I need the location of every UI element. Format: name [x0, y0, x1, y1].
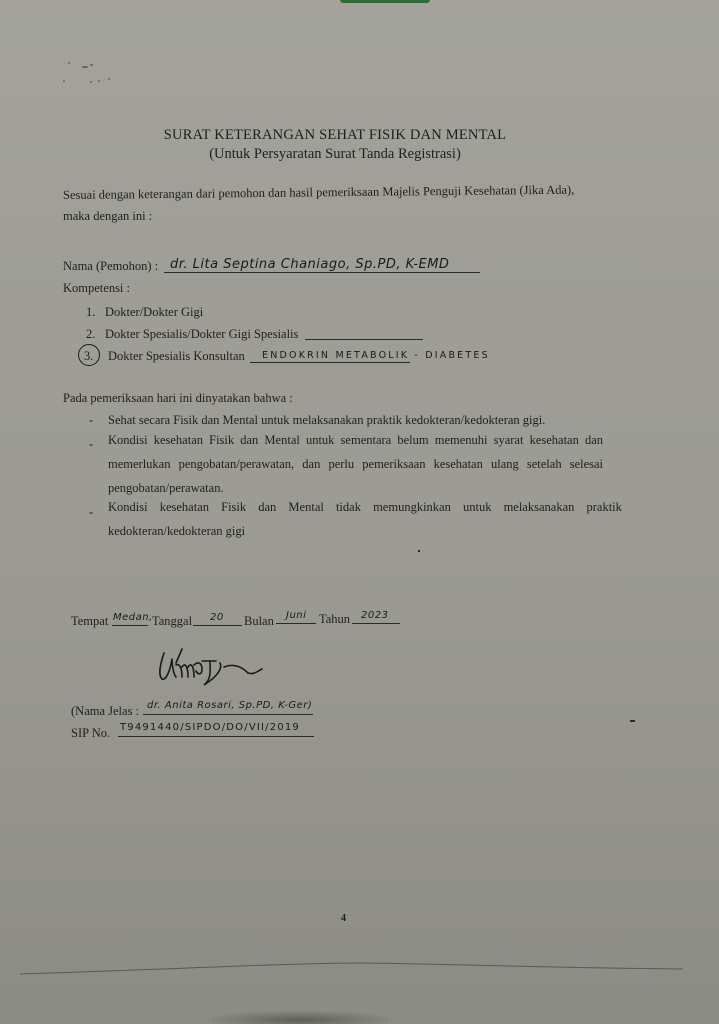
signer-name[interactable]: dr. Anita Rosari, Sp.PD, K-Ger) [147, 700, 312, 711]
sip-number[interactable]: T9491440/SIPDO/DO/VII/2019 [120, 722, 300, 733]
finding-3-line-1: Kondisi kesehatan Fisik dan Mental tidak… [108, 500, 622, 515]
paper-marks [60, 60, 140, 90]
competence-1-number: 1. [86, 305, 95, 320]
competence-3-underline [250, 362, 410, 363]
competence-label: Kompetensi : [63, 281, 130, 296]
place-label: Tempat [71, 614, 108, 629]
applicant-name[interactable]: dr. Lita Septina Chaniago, Sp.PD, K-EMD [170, 257, 449, 272]
sip-underline [118, 736, 314, 737]
place-value[interactable]: Medan, [113, 612, 153, 623]
competence-2-underline[interactable] [305, 339, 423, 340]
month-underline [276, 623, 316, 624]
year-underline [352, 623, 400, 624]
day-label: Tanggal [152, 614, 192, 629]
paper-speck [630, 720, 635, 722]
place-underline [112, 625, 148, 626]
month-value[interactable]: Juni [286, 610, 306, 621]
competence-2-label: Dokter Spesialis/Dokter Gigi Spesialis [105, 327, 298, 342]
document-title: SURAT KETERANGAN SEHAT FISIK DAN MENTAL [0, 127, 670, 144]
month-label: Bulan [244, 614, 274, 629]
competence-1-label: Dokter/Dokter Gigi [105, 305, 203, 320]
intro-line-2: maka dengan ini : [63, 209, 152, 224]
day-value[interactable]: 20 [210, 612, 224, 623]
paper-speck [418, 550, 420, 552]
findings-label: Pada pemeriksaan hari ini dinyatakan bah… [63, 391, 293, 406]
document-subtitle: (Untuk Persyaratan Surat Tanda Registras… [0, 146, 670, 163]
finding-2-line-3: pengobatan/perawatan. [108, 481, 224, 496]
intro-line-1: Sesuai dengan keterangan dari pemohon da… [63, 183, 574, 203]
competence-3-label: Dokter Spesialis Konsultan [108, 349, 245, 364]
day-underline [193, 625, 242, 626]
competence-2-number: 2. [86, 327, 95, 342]
page-number: 4 [341, 913, 346, 924]
name-underline [143, 714, 313, 715]
year-value[interactable]: 2023 [361, 610, 388, 621]
finding-1-line-1: Sehat secara Fisik dan Mental untuk mela… [108, 413, 545, 428]
year-label: Tahun [319, 612, 350, 627]
paper-edge-line [0, 960, 719, 980]
name-label: (Nama Jelas : [71, 704, 139, 719]
signature-scribble [150, 645, 265, 690]
binder-clip [340, 0, 430, 3]
applicant-label: Nama (Pemohon) : [63, 259, 158, 274]
finding-2-line-2: memerlukan pengobatan/perawatan, dan per… [108, 457, 603, 472]
competence-3-value[interactable]: ENDOKRIN METABOLIK - DIABETES [262, 350, 490, 361]
bottom-shadow [200, 1010, 400, 1024]
finding-2-line-1: Kondisi kesehatan Fisik dan Mental untuk… [108, 433, 603, 448]
finding-3-line-2: kedokteran/kedokteran gigi [108, 524, 245, 539]
applicant-underline [164, 272, 480, 273]
finding-2-bullet: - [89, 437, 93, 452]
finding-3-bullet: - [89, 505, 93, 520]
sip-label: SIP No. [71, 726, 110, 741]
competence-3-number: 3. [84, 349, 93, 364]
finding-1-bullet: - [89, 413, 93, 428]
